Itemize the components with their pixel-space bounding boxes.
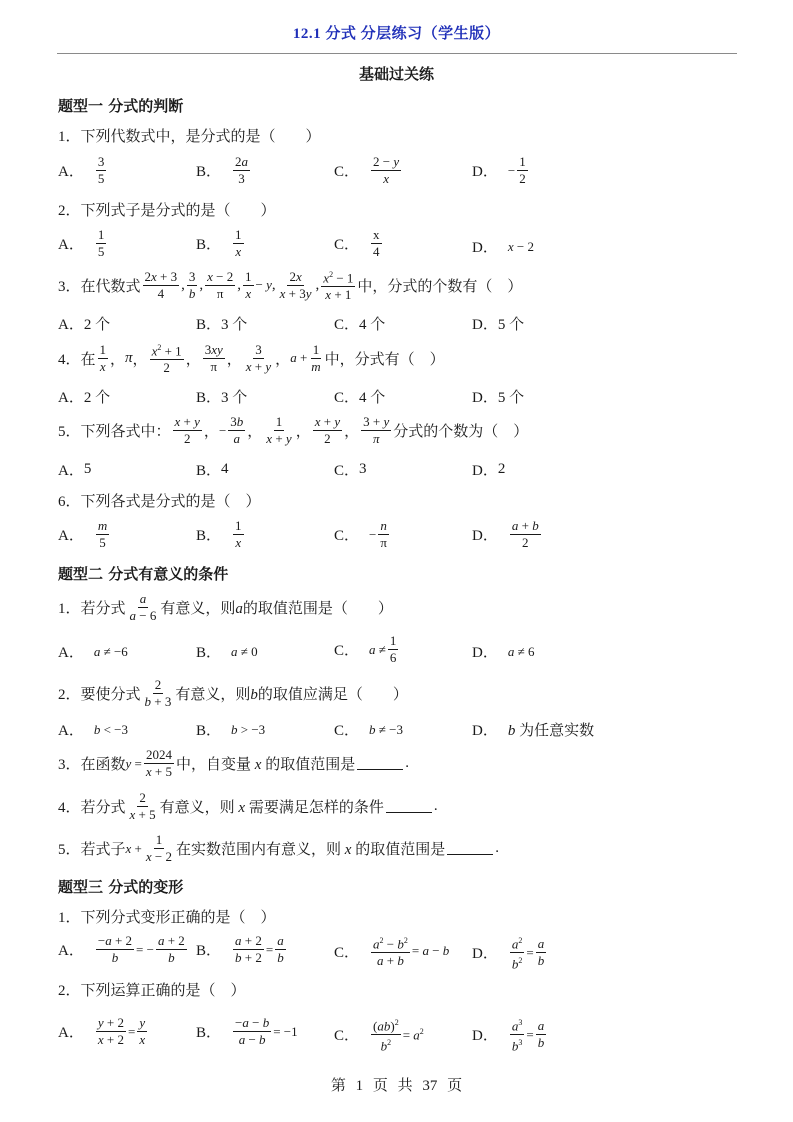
option-c[interactable]: C．2 − yx (334, 155, 403, 186)
answer-blank[interactable] (357, 757, 403, 770)
option-a[interactable]: A．a ≠ −6 (58, 641, 128, 662)
options-row: A．35 B．2a3 C．2 − yx D．−12 (0, 155, 793, 191)
options-row: A．−a + 2b= −a + 2b B．a + 2b + 2=ab C．a2 … (0, 934, 793, 970)
option-c[interactable]: C．3 (334, 459, 367, 480)
question-stem: 2．下列运算正确的是（ ） (58, 979, 246, 1000)
option-c[interactable]: C．b ≠ −3 (334, 719, 403, 740)
question-stem: 1．若分式aa − 6有意义，则a的取值范围是（ ） (58, 592, 393, 623)
question-stem: 1．下列分式变形正确的是（ ） (58, 906, 276, 927)
option-a[interactable]: A．35 (58, 155, 108, 186)
fraction: 35 (96, 155, 107, 186)
fraction: 15 (96, 228, 107, 259)
fraction: 1x (233, 228, 244, 259)
option-c[interactable]: C．a2 − b2a + b= a − b (334, 934, 449, 968)
option-d[interactable]: D．x − 2 (472, 236, 534, 257)
option-d[interactable]: D．5 个 (472, 313, 524, 334)
option-a[interactable]: A．b < −3 (58, 719, 128, 740)
question-stem: 1．下列代数式中，是分式的是（ ） (58, 125, 321, 146)
question-stem: 3．在函数 y =2024x + 5中，自变量 x 的取值范围是. (58, 748, 409, 779)
option-c[interactable]: C．x4 (334, 228, 384, 259)
option-b[interactable]: B．a + 2b + 2=ab (196, 934, 288, 965)
topic-heading-1: 题型一 分式的判断 (58, 95, 183, 116)
document-title: 12.1 分式 分层练习（学生版） (0, 22, 793, 43)
options-row: A．y + 2x + 2=yx B．−a − ba − b= −1 C．(ab)… (0, 1016, 793, 1056)
options-row: A．2 个 B．3 个 C．4 个 D．5 个 (0, 386, 793, 406)
option-c[interactable]: C．−nπ (334, 519, 391, 550)
topic-heading-2: 题型二 分式有意义的条件 (58, 563, 228, 584)
option-b[interactable]: B．−a − ba − b= −1 (196, 1016, 298, 1047)
option-a[interactable]: A．2 个 (58, 386, 110, 407)
option-d[interactable]: D．a2b2=ab (472, 934, 548, 972)
option-c[interactable]: C．4 个 (334, 386, 385, 407)
question-stem: 6．下列各式是分式的是（ ） (58, 490, 261, 511)
option-a[interactable]: A．5 (58, 459, 91, 480)
question-stem: 2．要使分式2b + 3有意义，则b的取值应满足（ ） (58, 678, 408, 709)
option-d[interactable]: D．b 为任意实数 (472, 719, 594, 740)
answer-blank[interactable] (386, 800, 432, 813)
topic-heading-3: 题型三 分式的变形 (58, 876, 183, 897)
question-stem: 3．在代数式 2x + 34,3b,x − 2π,1x− y,2xx + 3y,… (58, 268, 522, 302)
option-b[interactable]: B．3 个 (196, 313, 247, 334)
question-stem: 4．在 1x，π，x2 + 12，3xyπ，3x + y，a +1m 中，分式有… (58, 341, 445, 375)
option-a[interactable]: A．2 个 (58, 313, 110, 334)
option-a[interactable]: A．m5 (58, 519, 111, 550)
section-title: 基础过关练 (0, 63, 793, 84)
option-c[interactable]: C．a ≠16 (334, 634, 400, 665)
option-d[interactable]: D．5 个 (472, 386, 524, 407)
question-stem: 5．下列各式中： x + y2，−3ba，1x + y，x + y2，3 + y… (58, 415, 528, 446)
options-row: A．b < −3 B．b > −3 C．b ≠ −3 D．b 为任意实数 (0, 719, 793, 739)
fraction: x4 (371, 228, 382, 259)
question-stem: 4．若分式2x + 5有意义，则 x 需要满足怎样的条件. (58, 791, 438, 822)
option-c[interactable]: C．4 个 (334, 313, 385, 334)
fraction: 2a3 (233, 155, 250, 186)
option-c[interactable]: C．(ab)2b2= a2 (334, 1016, 424, 1054)
question-stem: 5．若式子 x +1x − 2在实数范围内有意义，则 x 的取值范围是. (58, 833, 499, 864)
option-b[interactable]: B．b > −3 (196, 719, 265, 740)
options-row: A．15 B．1x C．x4 D．x − 2 (0, 228, 793, 264)
option-b[interactable]: B．1x (196, 519, 246, 550)
option-a[interactable]: A．−a + 2b= −a + 2b (58, 934, 189, 965)
option-a[interactable]: A．y + 2x + 2=yx (58, 1016, 149, 1047)
option-b[interactable]: B．1x (196, 228, 246, 259)
answer-blank[interactable] (447, 842, 493, 855)
options-row: A．m5 B．1x C．−nπ D．a + b2 (0, 519, 793, 555)
option-d[interactable]: D．a3b3=ab (472, 1016, 548, 1054)
question-stem: 2．下列式子是分式的是（ ） (58, 199, 276, 220)
option-b[interactable]: B．a ≠ 0 (196, 641, 258, 662)
page-number: 第 1 页 共 37 页 (0, 1074, 793, 1095)
option-d[interactable]: D．−12 (472, 155, 530, 186)
option-d[interactable]: D．a + b2 (472, 519, 543, 550)
option-b[interactable]: B．2a3 (196, 155, 252, 186)
options-row: A．5 B．4 C．3 D．2 (0, 459, 793, 479)
option-d[interactable]: D．a ≠ 6 (472, 641, 534, 662)
option-a[interactable]: A．15 (58, 228, 108, 259)
options-row: A．a ≠ −6 B．a ≠ 0 C．a ≠16 D．a ≠ 6 (0, 634, 793, 670)
fraction: 12 (517, 155, 528, 186)
option-b[interactable]: B．4 (196, 459, 229, 480)
options-row: A．2 个 B．3 个 C．4 个 D．5 个 (0, 313, 793, 333)
option-d[interactable]: D．2 (472, 459, 505, 480)
option-b[interactable]: B．3 个 (196, 386, 247, 407)
header-divider (57, 53, 737, 54)
fraction: 2 − yx (371, 155, 401, 186)
